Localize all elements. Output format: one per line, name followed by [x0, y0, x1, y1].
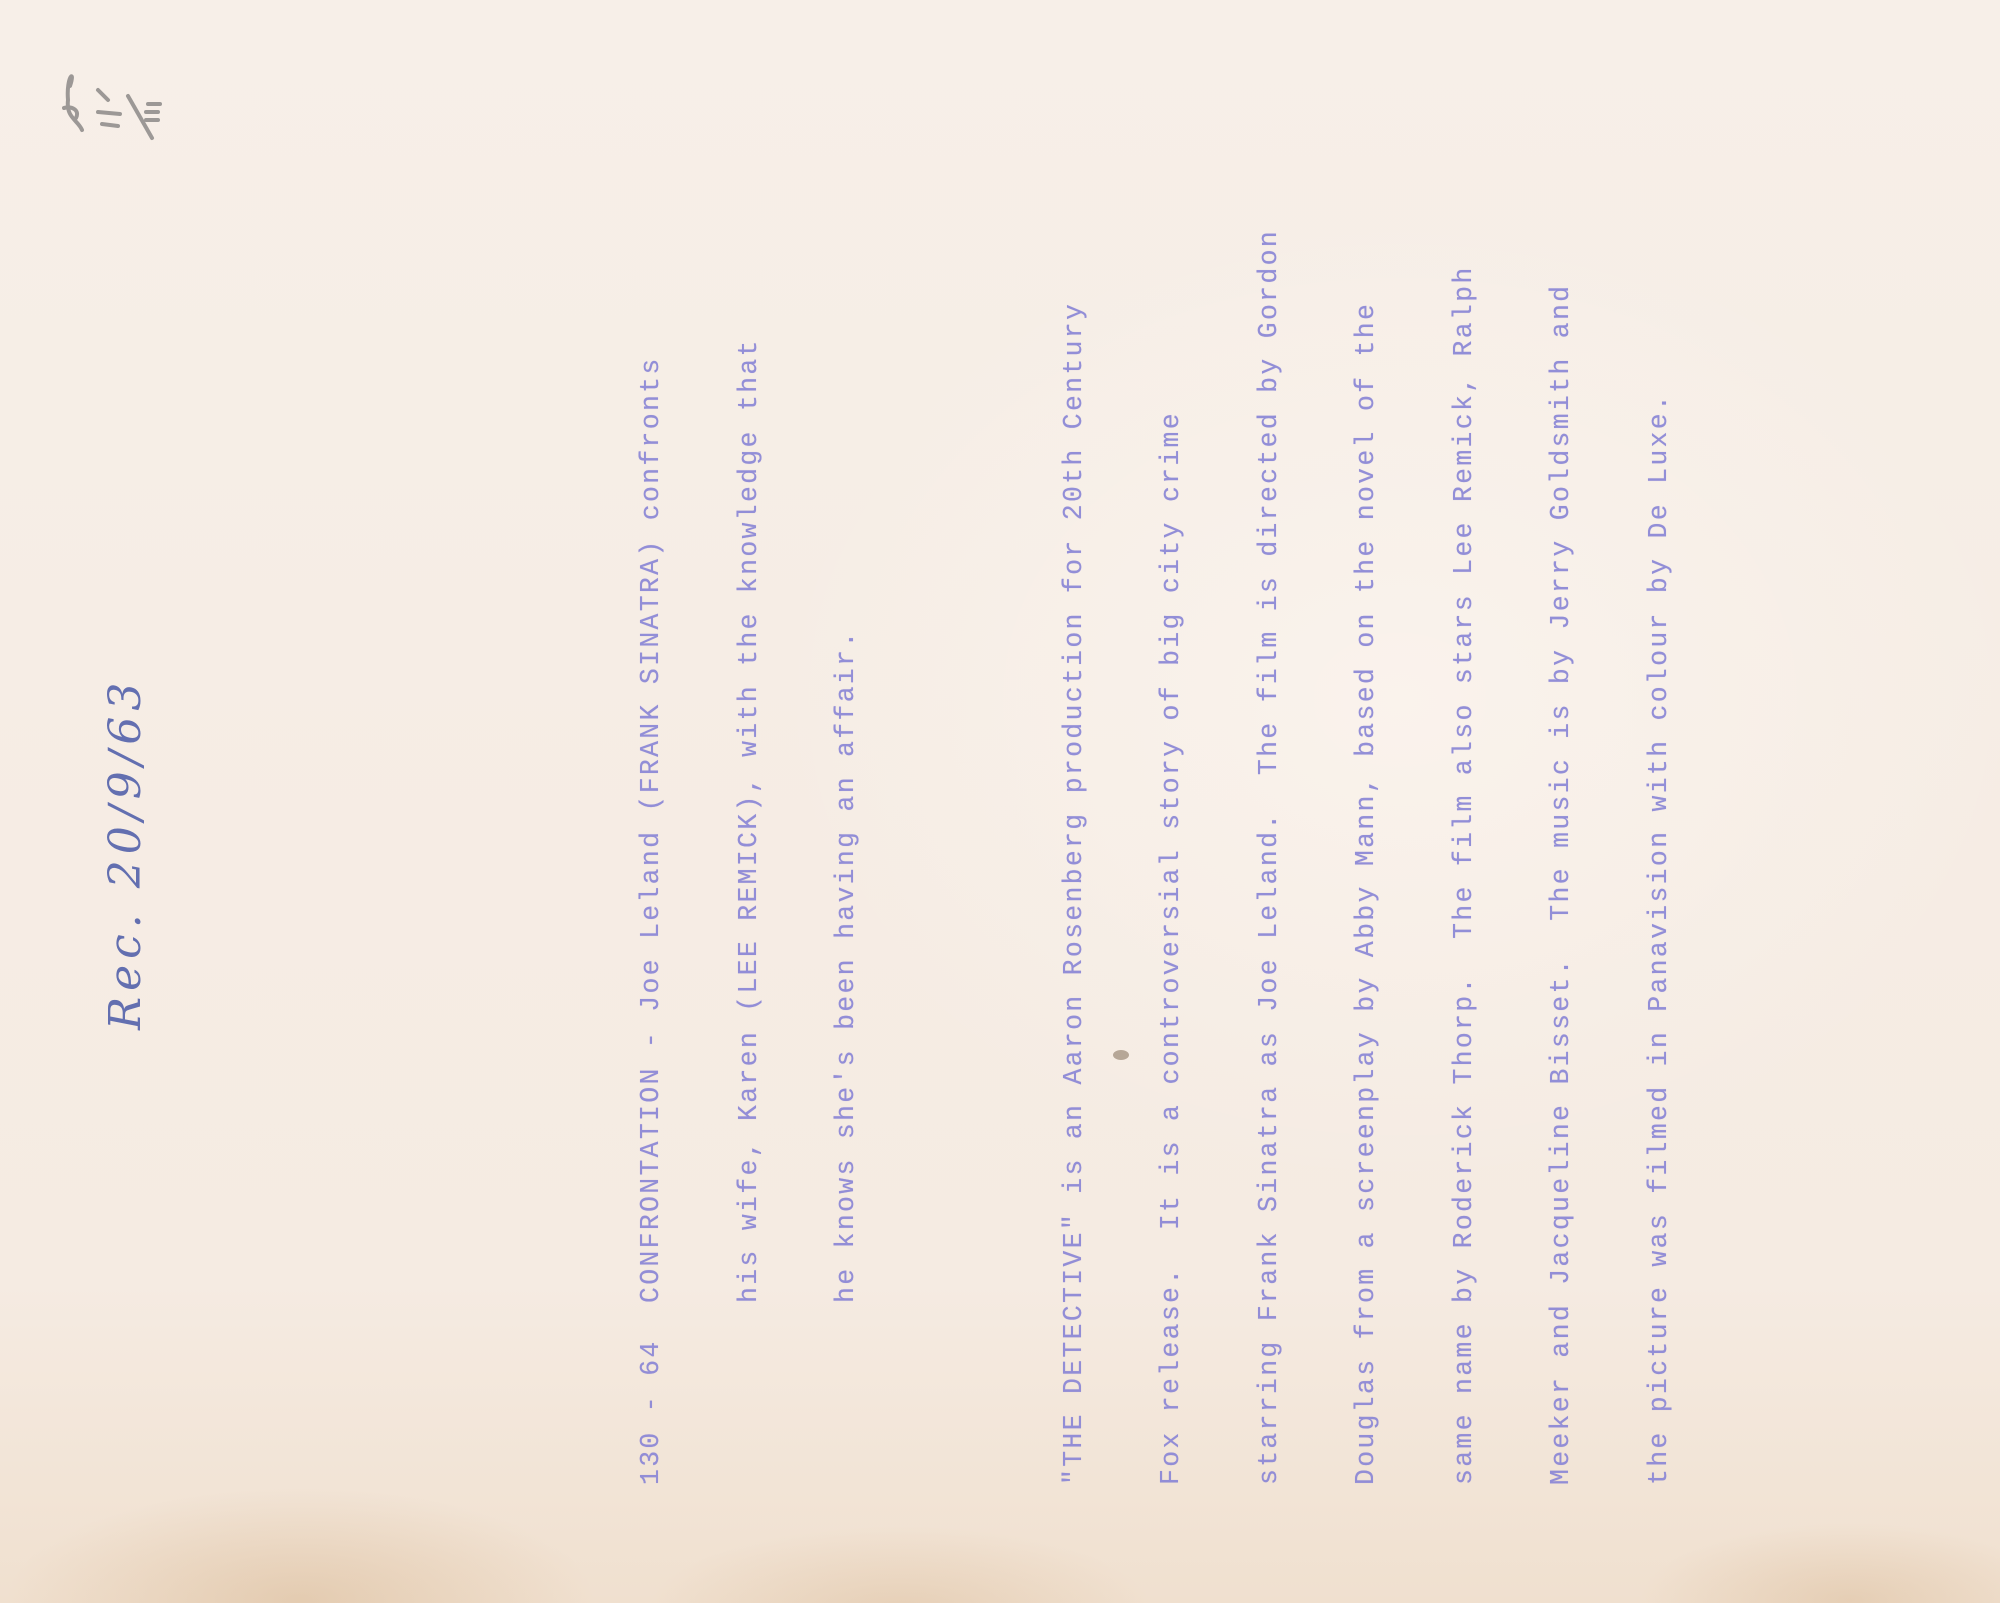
- pencil-tally-mark: [62, 48, 172, 148]
- caption-body-line-6: Meeker and Jacqueline Bisset. The music …: [1545, 85, 1578, 1485]
- typed-caption: 130 - 64 CONFRONTATION - Joe Leland (FRA…: [570, 85, 1708, 1485]
- caption-body-line-7: the picture was filmed in Panavision wit…: [1643, 85, 1676, 1485]
- paper-blemish: [1113, 1050, 1129, 1060]
- caption-body-line-1: "THE DETECTIVE" is an Aaron Rosenberg pr…: [1058, 85, 1091, 1485]
- pencil-scribble-icon: [62, 48, 172, 148]
- caption-headline-line-3: he knows she's been having an affair.: [830, 85, 863, 1485]
- caption-headline-line-1: 130 - 64 CONFRONTATION - Joe Leland (FRA…: [635, 85, 668, 1485]
- caption-body-line-2: Fox release. It is a controversial story…: [1155, 85, 1188, 1485]
- caption-body-line-5: same name by Roderick Thorp. The film al…: [1448, 85, 1481, 1485]
- caption-headline-line-2: his wife, Karen (LEE REMICK), with the k…: [733, 85, 766, 1485]
- received-date-note: Rec. 20/9/63: [100, 677, 151, 1030]
- paragraph-gap: [928, 85, 993, 1485]
- caption-body-line-4: Douglas from a screenplay by Abby Mann, …: [1350, 85, 1383, 1485]
- caption-body-line-3: starring Frank Sinatra as Joe Leland. Th…: [1253, 85, 1286, 1485]
